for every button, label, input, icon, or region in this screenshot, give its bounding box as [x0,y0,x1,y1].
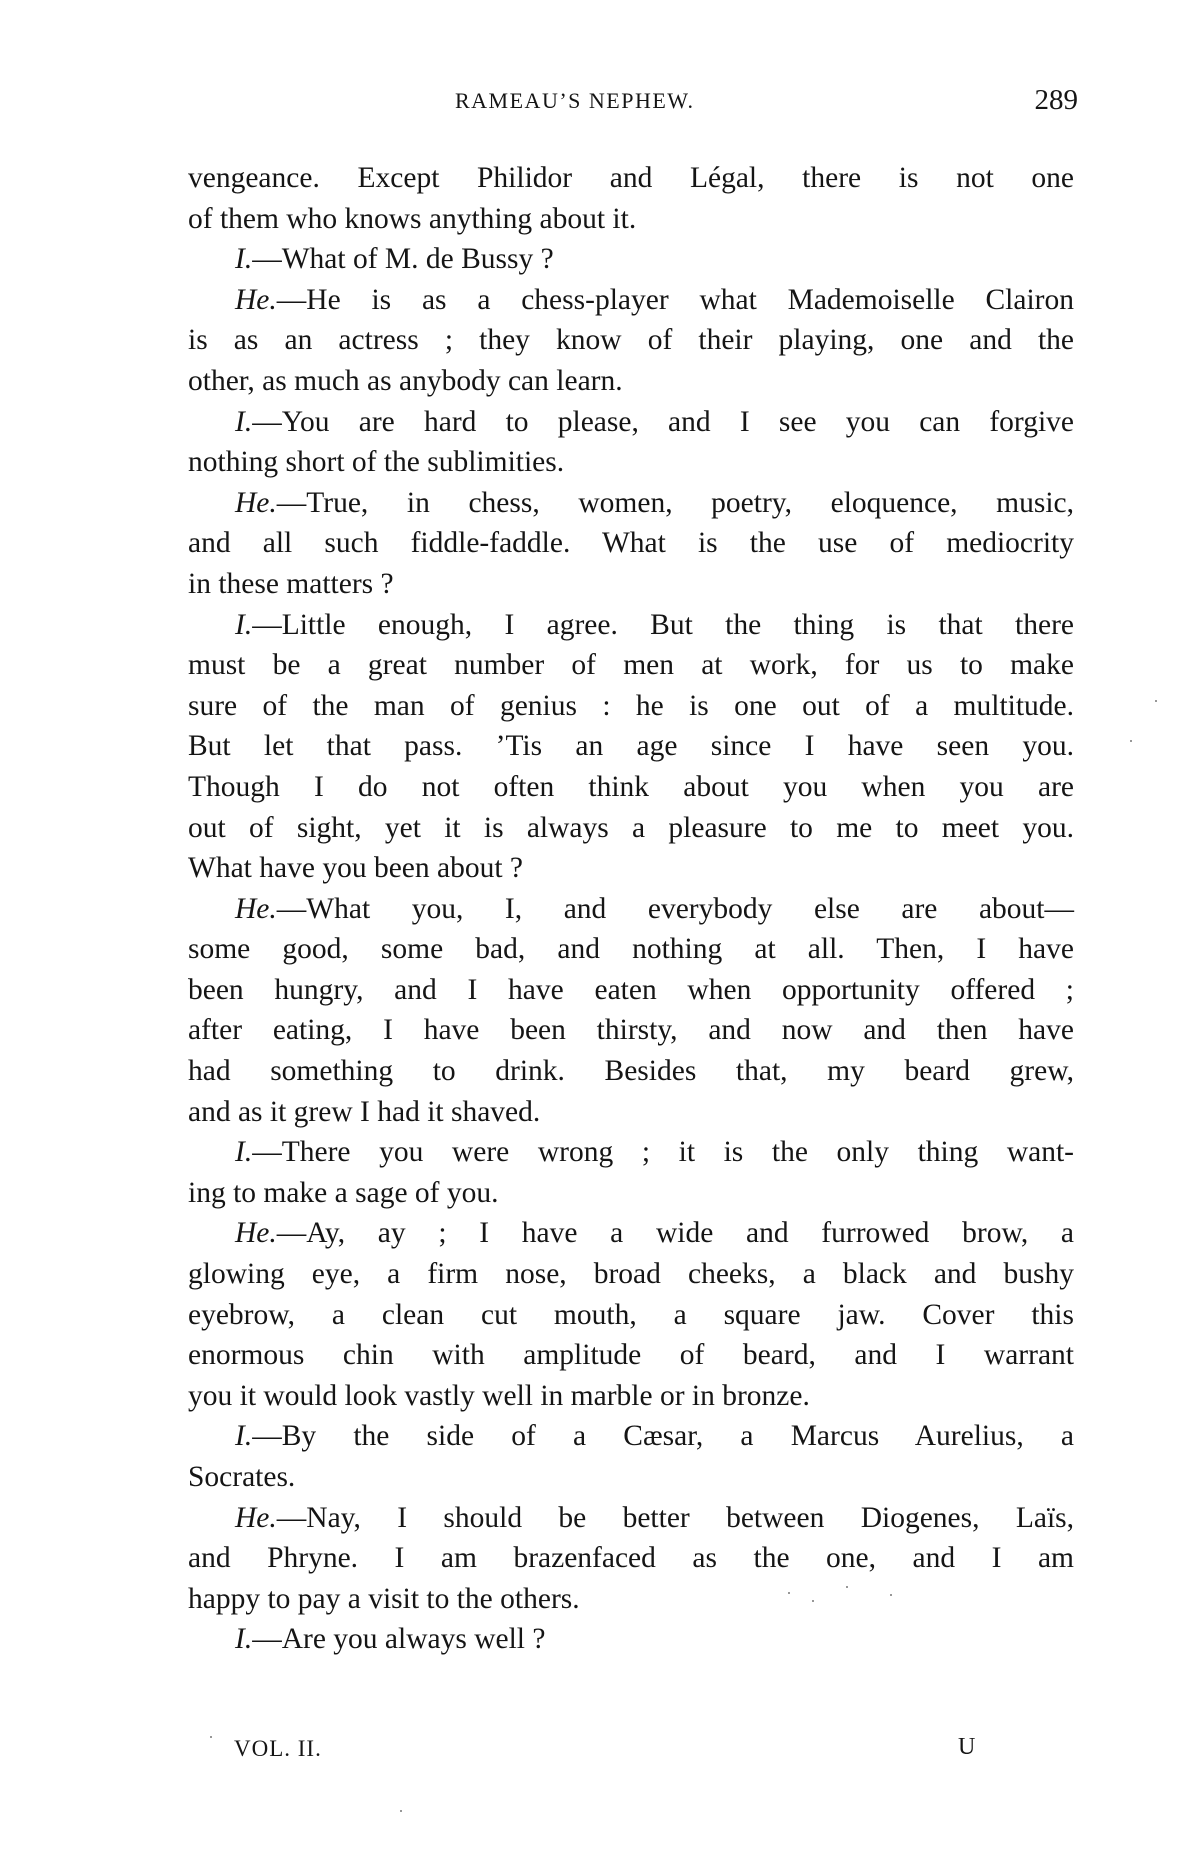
page-footer: VOL. II. U [234,1736,994,1776]
dialogue-line-start: He.—What you, I, and everybody else are … [188,889,1074,930]
text-line: of them who knows anything about it. [188,199,1074,240]
text-line: been hungry, and I have eaten when oppor… [188,970,1074,1011]
line-text: after eating, I have been thirsty, and n… [188,1010,1074,1051]
line-text: —He is as a chess-player what Mademoisel… [277,280,1074,321]
speaker-label: He. [235,280,277,321]
line-text: —Ay, ay ; I have a wide and furrowed bro… [277,1213,1074,1254]
text-line: eyebrow, a clean cut mouth, a square jaw… [188,1295,1074,1336]
line-text: —What of M. de Bussy ? [252,239,554,280]
text-line: is as an actress ; they know of their pl… [188,320,1074,361]
line-text: —By the side of a Cæsar, a Marcus Aureli… [252,1416,1074,1457]
text-line: Socrates. [188,1457,1074,1498]
line-text: —What you, I, and everybody else are abo… [277,889,1074,930]
dialogue-line-start: I.—Are you always well ? [188,1619,1074,1660]
line-text: you it would look vastly well in marble … [188,1376,810,1417]
line-text: happy to pay a visit to the others. [188,1579,580,1620]
dialogue-line-start: I.—There you were wrong ; it is the only… [188,1132,1074,1173]
print-speck [210,1736,212,1738]
print-speck [812,1600,814,1602]
line-text: must be a great number of men at work, f… [188,645,1074,686]
line-text: eyebrow, a clean cut mouth, a square jaw… [188,1295,1074,1336]
speaker-label: He. [235,1498,277,1539]
line-text: other, as much as anybody can learn. [188,361,623,402]
text-line: sure of the man of genius : he is one ou… [188,686,1074,727]
text-line: and Phryne. I am brazenfaced as the one,… [188,1538,1074,1579]
line-text: been hungry, and I have eaten when oppor… [188,970,1074,1011]
line-text: glowing eye, a firm nose, broad cheeks, … [188,1254,1074,1295]
volume-signature: VOL. II. [234,1736,322,1762]
text-line: in these matters ? [188,564,1074,605]
sheet-mark: U [958,1734,975,1761]
speaker-label: He. [235,483,277,524]
speaker-label: I. [235,402,252,443]
line-text: Socrates. [188,1457,295,1498]
text-line: ing to make a sage of you. [188,1173,1074,1214]
dialogue-line-start: He.—True, in chess, women, poetry, eloqu… [188,483,1074,524]
line-text: —Are you always well ? [252,1619,545,1660]
line-text: sure of the man of genius : he is one ou… [188,686,1074,727]
dialogue-line-start: I.—What of M. de Bussy ? [188,239,1074,280]
speaker-label: I. [235,1132,252,1173]
text-line: some good, some bad, and nothing at all.… [188,929,1074,970]
text-line: nothing short of the sublimities. [188,442,1074,483]
text-line: What have you been about ? [188,848,1074,889]
dialogue-line-start: He.—Nay, I should be better between Diog… [188,1498,1074,1539]
speaker-label: He. [235,1213,277,1254]
text-line: must be a great number of men at work, f… [188,645,1074,686]
text-line: glowing eye, a firm nose, broad cheeks, … [188,1254,1074,1295]
line-text: is as an actress ; they know of their pl… [188,320,1074,361]
speaker-label: I. [235,605,252,646]
print-speck [846,1586,848,1588]
line-text: and as it grew I had it shaved. [188,1092,540,1133]
running-head: RAMEAU’S NEPHEW. 289 [188,88,1078,128]
line-text: —Nay, I should be better between Diogene… [277,1498,1074,1539]
line-text: and all such fiddle-faddle. What is the … [188,523,1074,564]
text-line: out of sight, yet it is always a pleasur… [188,808,1074,849]
dialogue-line-start: I.—By the side of a Cæsar, a Marcus Aure… [188,1416,1074,1457]
speaker-label: I. [235,239,252,280]
line-text: Though I do not often think about you wh… [188,767,1074,808]
text-line: and as it grew I had it shaved. [188,1092,1074,1133]
text-line: and all such fiddle-faddle. What is the … [188,523,1074,564]
line-text: —True, in chess, women, poetry, eloquenc… [277,483,1074,524]
speaker-label: I. [235,1416,252,1457]
print-speck [890,1594,892,1596]
running-title: RAMEAU’S NEPHEW. [455,88,695,114]
text-line: other, as much as anybody can learn. [188,361,1074,402]
line-text: enormous chin with amplitude of beard, a… [188,1335,1074,1376]
print-speck [788,1592,790,1594]
line-text: nothing short of the sublimities. [188,442,564,483]
line-text: some good, some bad, and nothing at all.… [188,929,1074,970]
text-line: happy to pay a visit to the others. [188,1579,1074,1620]
line-text: But let that pass. ’Tis an age since I h… [188,726,1074,767]
text-line: vengeance. Except Philidor and Légal, th… [188,158,1074,199]
text-line: enormous chin with amplitude of beard, a… [188,1335,1074,1376]
book-page: RAMEAU’S NEPHEW. 289 vengeance. Except P… [0,0,1199,1854]
line-text: of them who knows anything about it. [188,199,636,240]
body-text: vengeance. Except Philidor and Légal, th… [188,158,1074,1660]
line-text: —There you were wrong ; it is the only t… [252,1132,1074,1173]
print-speck [1155,700,1157,702]
line-text: in these matters ? [188,564,394,605]
dialogue-line-start: I.—Little enough, I agree. But the thing… [188,605,1074,646]
dialogue-line-start: He.—He is as a chess-player what Mademoi… [188,280,1074,321]
line-text: and Phryne. I am brazenfaced as the one,… [188,1538,1074,1579]
text-line: you it would look vastly well in marble … [188,1376,1074,1417]
line-text: What have you been about ? [188,848,523,889]
text-line: Though I do not often think about you wh… [188,767,1074,808]
print-speck [400,1810,402,1812]
speaker-label: I. [235,1619,252,1660]
page-number: 289 [1035,84,1079,117]
dialogue-line-start: I.—You are hard to please, and I see you… [188,402,1074,443]
line-text: —You are hard to please, and I see you c… [252,402,1074,443]
text-line: had something to drink. Besides that, my… [188,1051,1074,1092]
line-text: vengeance. Except Philidor and Légal, th… [188,158,1074,199]
text-line: But let that pass. ’Tis an age since I h… [188,726,1074,767]
line-text: out of sight, yet it is always a pleasur… [188,808,1074,849]
line-text: ing to make a sage of you. [188,1173,499,1214]
line-text: had something to drink. Besides that, my… [188,1051,1074,1092]
dialogue-line-start: He.—Ay, ay ; I have a wide and furrowed … [188,1213,1074,1254]
print-speck [1130,740,1132,742]
speaker-label: He. [235,889,277,930]
text-line: after eating, I have been thirsty, and n… [188,1010,1074,1051]
line-text: —Little enough, I agree. But the thing i… [252,605,1074,646]
